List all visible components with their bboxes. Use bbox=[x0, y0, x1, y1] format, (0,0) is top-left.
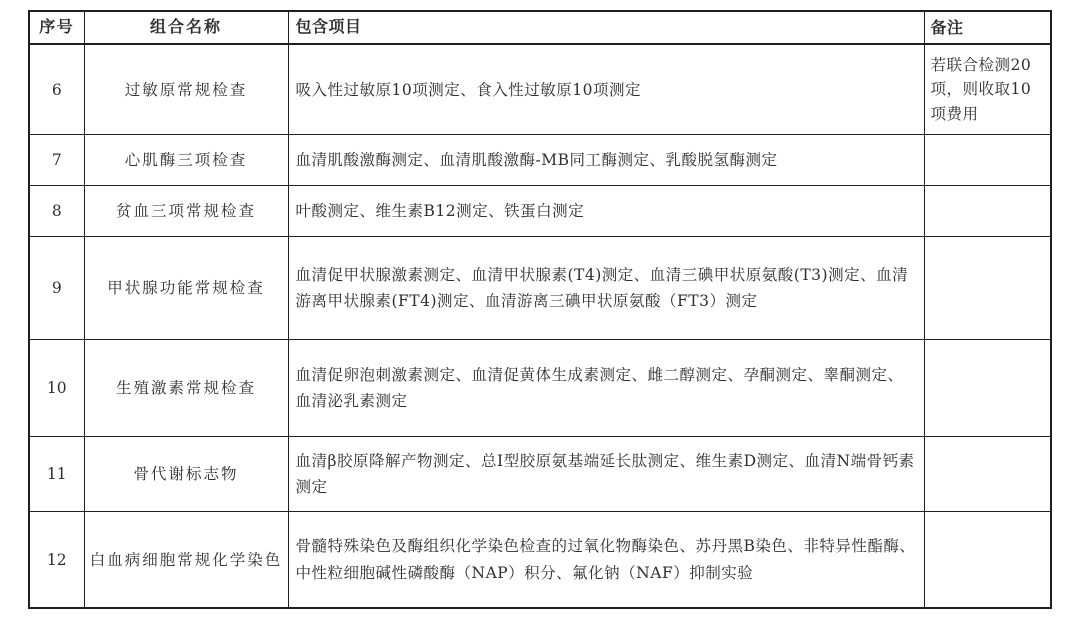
header-serial-number: 序号 bbox=[29, 11, 84, 44]
medical-test-combinations-table: 序号 组合名称 包含项目 备注 6过敏原常规检查吸入性过敏原10项测定、食入性过… bbox=[28, 10, 1052, 609]
cell-serial-number: 8 bbox=[29, 185, 84, 236]
cell-serial-number: 9 bbox=[29, 236, 84, 339]
cell-remarks bbox=[924, 236, 1051, 339]
cell-included-items: 血清β胶原降解产物测定、总Ⅰ型胶原氨基端延长肽测定、维生素D测定、血清N端骨钙素… bbox=[288, 436, 924, 511]
cell-included-items: 叶酸测定、维生素B12测定、铁蛋白测定 bbox=[288, 185, 924, 236]
cell-combo-name: 甲状腺功能常规检查 bbox=[84, 236, 288, 339]
table-row: 10生殖激素常规检查血清促卵泡刺激素测定、血清促黄体生成素测定、雌二醇测定、孕酮… bbox=[29, 339, 1051, 436]
header-remarks: 备注 bbox=[924, 11, 1051, 44]
table-body: 6过敏原常规检查吸入性过敏原10项测定、食入性过敏原10项测定若联合检测20项，… bbox=[29, 44, 1051, 608]
table-row: 7心肌酶三项检查血清肌酸激酶测定、血清肌酸激酶-MB同工酶测定、乳酸脱氢酶测定 bbox=[29, 134, 1051, 185]
header-combo-name: 组合名称 bbox=[84, 11, 288, 44]
table-row: 11骨代谢标志物血清β胶原降解产物测定、总Ⅰ型胶原氨基端延长肽测定、维生素D测定… bbox=[29, 436, 1051, 511]
cell-included-items: 血清肌酸激酶测定、血清肌酸激酶-MB同工酶测定、乳酸脱氢酶测定 bbox=[288, 134, 924, 185]
table-row: 8贫血三项常规检查叶酸测定、维生素B12测定、铁蛋白测定 bbox=[29, 185, 1051, 236]
header-row: 序号 组合名称 包含项目 备注 bbox=[29, 11, 1051, 44]
table-row: 12白血病细胞常规化学染色骨髓特殊染色及酶组织化学染色检查的过氧化物酶染色、苏丹… bbox=[29, 511, 1051, 608]
cell-serial-number: 11 bbox=[29, 436, 84, 511]
cell-remarks bbox=[924, 339, 1051, 436]
header-included-items: 包含项目 bbox=[288, 11, 924, 44]
cell-included-items: 吸入性过敏原10项测定、食入性过敏原10项测定 bbox=[288, 44, 924, 134]
cell-combo-name: 贫血三项常规检查 bbox=[84, 185, 288, 236]
cell-remarks bbox=[924, 511, 1051, 608]
table-row: 9甲状腺功能常规检查血清促甲状腺激素测定、血清甲状腺素(T4)测定、血清三碘甲状… bbox=[29, 236, 1051, 339]
cell-combo-name: 骨代谢标志物 bbox=[84, 436, 288, 511]
cell-serial-number: 6 bbox=[29, 44, 84, 134]
cell-serial-number: 7 bbox=[29, 134, 84, 185]
cell-included-items: 血清促甲状腺激素测定、血清甲状腺素(T4)测定、血清三碘甲状原氨酸(T3)测定、… bbox=[288, 236, 924, 339]
cell-included-items: 骨髓特殊染色及酶组织化学染色检查的过氧化物酶染色、苏丹黑B染色、非特异性酯酶、中… bbox=[288, 511, 924, 608]
cell-combo-name: 生殖激素常规检查 bbox=[84, 339, 288, 436]
cell-remarks: 若联合检测20项，则收取10项费用 bbox=[924, 44, 1051, 134]
cell-remarks bbox=[924, 185, 1051, 236]
table-row: 6过敏原常规检查吸入性过敏原10项测定、食入性过敏原10项测定若联合检测20项，… bbox=[29, 44, 1051, 134]
cell-combo-name: 心肌酶三项检查 bbox=[84, 134, 288, 185]
cell-combo-name: 白血病细胞常规化学染色 bbox=[84, 511, 288, 608]
cell-remarks bbox=[924, 436, 1051, 511]
cell-serial-number: 12 bbox=[29, 511, 84, 608]
cell-serial-number: 10 bbox=[29, 339, 84, 436]
cell-combo-name: 过敏原常规检查 bbox=[84, 44, 288, 134]
cell-remarks bbox=[924, 134, 1051, 185]
cell-included-items: 血清促卵泡刺激素测定、血清促黄体生成素测定、雌二醇测定、孕酮测定、睾酮测定、血清… bbox=[288, 339, 924, 436]
